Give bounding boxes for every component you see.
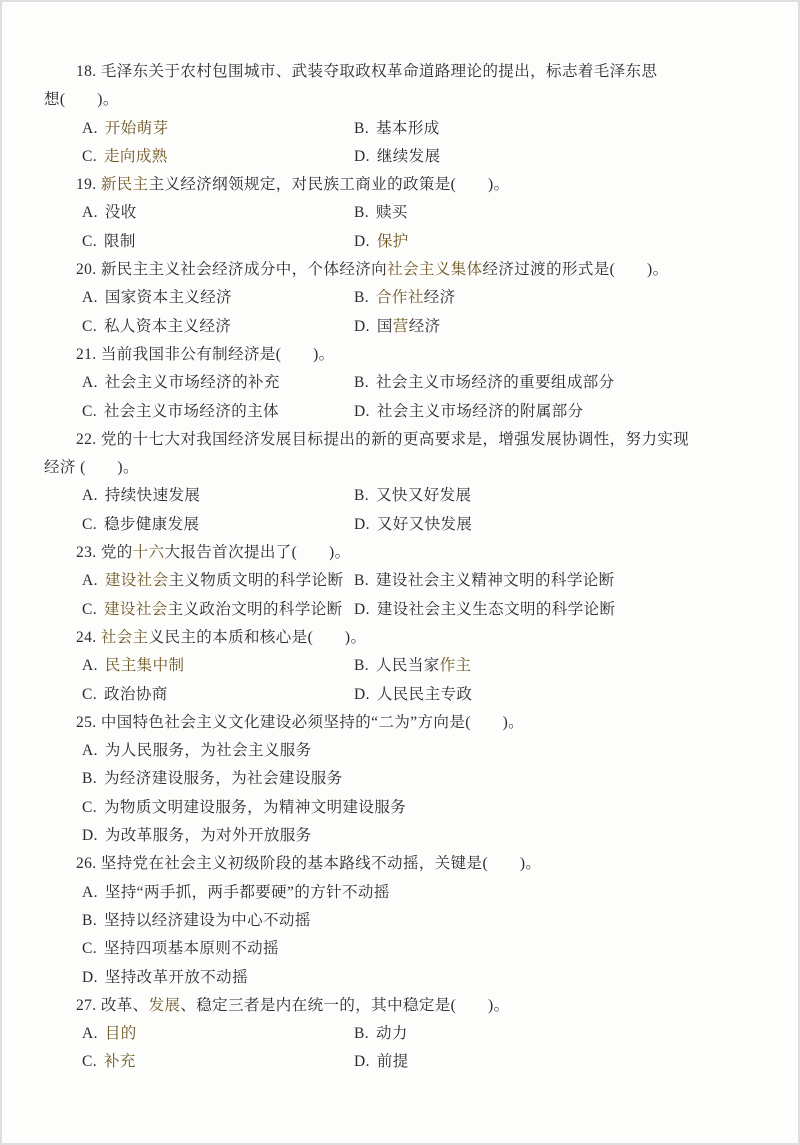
- option-text: 又快又好发展: [376, 487, 471, 504]
- options-row: C.限制D.保护: [42, 228, 770, 256]
- stem-segment: 、稳定三者是内在统一的，其中稳定是( )。: [180, 997, 509, 1014]
- question-number: 19.: [76, 176, 101, 193]
- option-text: 私人资本主义经济: [104, 318, 231, 335]
- options-row: C.为物质文明建设服务，为精神文明建设服务: [42, 794, 770, 822]
- question-number: 23.: [76, 544, 101, 561]
- question-number: 18.: [76, 63, 101, 80]
- option-26-B: B.坚持以经济建设为中心不动摇: [82, 912, 311, 929]
- option-text: 经济: [409, 318, 441, 335]
- option-text: 保护: [377, 233, 409, 250]
- question-stem-line: 24. 社会主义民主的本质和核心是( )。: [42, 624, 770, 652]
- option-22-D: D.又好又快发展: [354, 511, 472, 539]
- options-row: B.为经济建设服务，为社会建设服务: [42, 765, 770, 793]
- question-stem-line: 25. 中国特色社会主义文化建设必须坚持的“二为”方向是( )。: [42, 709, 770, 737]
- option-text: 坚持四项基本原则不动摇: [104, 940, 279, 957]
- option-text: 经济: [424, 289, 456, 306]
- option-text: 开始萌芽: [105, 120, 169, 137]
- option-label: C.: [82, 403, 97, 420]
- option-27-B: B.动力: [354, 1020, 408, 1048]
- question-stem-line: 想( )。: [42, 86, 770, 114]
- question-27: 27. 改革、发展、稳定三者是内在统一的，其中稳定是( )。A.目的B.动力C.…: [42, 992, 770, 1077]
- option-label: C.: [82, 233, 97, 250]
- option-text: 国: [377, 318, 393, 335]
- stem-segment: 新民主: [101, 176, 149, 193]
- option-23-D: D.建设社会主义生态文明的科学论断: [354, 596, 615, 624]
- option-23-C: C.建设社会主义政治文明的科学论断: [42, 596, 354, 624]
- options-row: A.社会主义市场经济的补充B.社会主义市场经济的重要组成部分: [42, 369, 770, 397]
- question-25: 25. 中国特色社会主义文化建设必须坚持的“二为”方向是( )。A.为人民服务，…: [42, 709, 770, 850]
- option-19-B: B.赎买: [354, 199, 408, 227]
- option-24-B: B.人民当家作主: [354, 652, 471, 680]
- option-text: 社会主义市场经济的重要组成部分: [376, 374, 615, 391]
- option-label: D.: [354, 686, 370, 703]
- question-number: 21.: [76, 346, 101, 363]
- options-row: C.稳步健康发展D.又好又快发展: [42, 511, 770, 539]
- option-text: 建设社会主义精神文明的科学论断: [376, 572, 615, 589]
- option-text: 补充: [104, 1053, 136, 1070]
- option-text: 目的: [105, 1025, 137, 1042]
- option-label: C.: [82, 1053, 97, 1070]
- question-23: 23. 党的十六大报告首次提出了( )。A.建设社会主义物质文明的科学论断B.建…: [42, 539, 770, 624]
- option-27-C: C.补充: [42, 1048, 354, 1076]
- option-label: C.: [82, 601, 97, 618]
- option-text: 持续快速发展: [105, 487, 200, 504]
- options-row: A.开始萌芽B.基本形成: [42, 115, 770, 143]
- option-text: 合作社: [376, 289, 424, 306]
- option-27-D: D.前提: [354, 1048, 409, 1076]
- option-label: D.: [354, 148, 370, 165]
- option-text: 作主: [440, 657, 472, 674]
- stem-segment: 毛泽东关于农村包围城市、武装夺取政权革命道路理论的提出，标志着毛泽东思: [101, 63, 658, 80]
- question-20: 20. 新民主主义社会经济成分中，个体经济向社会主义集体经济过渡的形式是( )。…: [42, 256, 770, 341]
- option-text: 建设社会主义生态文明的科学论断: [377, 601, 616, 618]
- option-25-B: B.为经济建设服务，为社会建设服务: [82, 770, 343, 787]
- option-text: 政治协商: [104, 686, 168, 703]
- question-22: 22. 党的十七大对我国经济发展目标提出的新的更高要求是，增强发展协调性，努力实…: [42, 426, 770, 539]
- option-21-C: C.社会主义市场经济的主体: [42, 398, 354, 426]
- options-row: A.国家资本主义经济B.合作社经济: [42, 284, 770, 312]
- option-21-D: D.社会主义市场经济的附属部分: [354, 398, 584, 426]
- option-label: D.: [354, 516, 370, 533]
- options-row: A.没收B.赎买: [42, 199, 770, 227]
- stem-segment: 坚持党在社会主义初级阶段的基本路线不动摇，关键是( )。: [101, 855, 541, 872]
- question-number: 24.: [76, 629, 101, 646]
- option-label: B.: [354, 204, 369, 221]
- option-label: D.: [354, 318, 370, 335]
- option-label: B.: [354, 487, 369, 504]
- question-stem-line: 20. 新民主主义社会经济成分中，个体经济向社会主义集体经济过渡的形式是( )。: [42, 256, 770, 284]
- options-row: A.持续快速发展B.又快又好发展: [42, 482, 770, 510]
- stem-segment: 社会主: [101, 629, 149, 646]
- options-row: C.私人资本主义经济D.国营经济: [42, 313, 770, 341]
- option-26-C: C.坚持四项基本原则不动摇: [82, 940, 279, 957]
- option-label: A.: [82, 487, 98, 504]
- option-label: D.: [82, 827, 98, 844]
- question-stem-line: 经济 ( )。: [42, 454, 770, 482]
- option-label: B.: [354, 289, 369, 306]
- option-text: 基本形成: [376, 120, 440, 137]
- options-row: C.社会主义市场经济的主体D.社会主义市场经济的附属部分: [42, 398, 770, 426]
- option-22-A: A.持续快速发展: [42, 482, 354, 510]
- option-text: 又好又快发展: [377, 516, 472, 533]
- options-row: A.民主集中制B.人民当家作主: [42, 652, 770, 680]
- option-text: 社会主义市场经济的主体: [104, 403, 279, 420]
- option-label: A.: [82, 657, 98, 674]
- option-19-D: D.保护: [354, 228, 409, 256]
- question-stem-line: 21. 当前我国非公有制经济是( )。: [42, 341, 770, 369]
- options-row: B.坚持以经济建设为中心不动摇: [42, 907, 770, 935]
- option-21-A: A.社会主义市场经济的补充: [42, 369, 354, 397]
- option-25-C: C.为物质文明建设服务，为精神文明建设服务: [82, 799, 406, 816]
- stem-segment: 经济 ( )。: [44, 459, 139, 476]
- stem-segment: 新民主主义社会经济成分中，个体经济向: [101, 261, 387, 278]
- question-stem-line: 19. 新民主主义经济纲领规定，对民族工商业的政策是( )。: [42, 171, 770, 199]
- option-text: 为改革服务，为对外开放服务: [105, 827, 312, 844]
- option-label: A.: [82, 374, 98, 391]
- option-text: 没收: [105, 204, 137, 221]
- stem-segment: 中国特色社会主义文化建设必须坚持的“二为”方向是( )。: [101, 714, 524, 731]
- option-text: 主义政治文明的科学论断: [168, 601, 343, 618]
- option-25-A: A.为人民服务，为社会主义服务: [82, 742, 312, 759]
- option-24-A: A.民主集中制: [42, 652, 354, 680]
- option-label: C.: [82, 686, 97, 703]
- option-18-C: C.走向成熟: [42, 143, 354, 171]
- option-20-A: A.国家资本主义经济: [42, 284, 354, 312]
- option-text: 营: [393, 318, 409, 335]
- option-text: 民主集中制: [105, 657, 185, 674]
- option-label: B.: [354, 657, 369, 674]
- option-label: A.: [82, 204, 98, 221]
- option-label: D.: [354, 233, 370, 250]
- option-text: 动力: [376, 1025, 408, 1042]
- option-26-A: A.坚持“两手抓，两手都要硬”的方针不动摇: [82, 884, 390, 901]
- option-text: 前提: [377, 1053, 409, 1070]
- question-19: 19. 新民主主义经济纲领规定，对民族工商业的政策是( )。A.没收B.赎买C.…: [42, 171, 770, 256]
- options-row: A.目的B.动力: [42, 1020, 770, 1048]
- options-row: A.坚持“两手抓，两手都要硬”的方针不动摇: [42, 879, 770, 907]
- option-18-D: D.继续发展: [354, 143, 440, 171]
- option-text: 坚持改革开放不动摇: [105, 969, 248, 986]
- option-22-B: B.又快又好发展: [354, 482, 471, 510]
- question-list: 18. 毛泽东关于农村包围城市、武装夺取政权革命道路理论的提出，标志着毛泽东思想…: [42, 58, 770, 1077]
- question-number: 20.: [76, 261, 101, 278]
- option-label: D.: [354, 1053, 370, 1070]
- option-text: 主义物质文明的科学论断: [168, 572, 343, 589]
- option-27-A: A.目的: [42, 1020, 354, 1048]
- options-row: A.为人民服务，为社会主义服务: [42, 737, 770, 765]
- option-20-D: D.国营经济: [354, 313, 441, 341]
- options-row: A.建设社会主义物质文明的科学论断B.建设社会主义精神文明的科学论断: [42, 567, 770, 595]
- question-21: 21. 当前我国非公有制经济是( )。A.社会主义市场经济的补充B.社会主义市场…: [42, 341, 770, 426]
- option-label: B.: [354, 120, 369, 137]
- option-text: 国家资本主义经济: [105, 289, 232, 306]
- stem-segment: 义民主的本质和核心是( )。: [149, 629, 367, 646]
- option-label: B.: [82, 770, 97, 787]
- option-24-D: D.人民民主专政: [354, 681, 472, 709]
- option-20-C: C.私人资本主义经济: [42, 313, 354, 341]
- option-19-A: A.没收: [42, 199, 354, 227]
- stem-segment: 主义经济纲领规定，对民族工商业的政策是( )。: [149, 176, 510, 193]
- option-label: B.: [82, 912, 97, 929]
- question-stem-line: 22. 党的十七大对我国经济发展目标提出的新的更高要求是，增强发展协调性，努力实…: [42, 426, 770, 454]
- option-label: B.: [354, 572, 369, 589]
- option-26-D: D.坚持改革开放不动摇: [82, 969, 248, 986]
- stem-segment: 大报告首次提出了( )。: [164, 544, 350, 561]
- options-row: C.补充D.前提: [42, 1048, 770, 1076]
- option-text: 限制: [104, 233, 136, 250]
- stem-segment: 党的: [101, 544, 133, 561]
- options-row: D.坚持改革开放不动摇: [42, 964, 770, 992]
- option-label: D.: [82, 969, 98, 986]
- option-text: 人民民主专政: [377, 686, 472, 703]
- option-label: A.: [82, 742, 98, 759]
- option-text: 建设社会: [105, 572, 169, 589]
- question-26: 26. 坚持党在社会主义初级阶段的基本路线不动摇，关键是( )。A.坚持“两手抓…: [42, 850, 770, 991]
- option-label: D.: [354, 403, 370, 420]
- option-label: C.: [82, 148, 97, 165]
- option-text: 赎买: [376, 204, 408, 221]
- option-text: 稳步健康发展: [104, 516, 199, 533]
- question-stem-line: 18. 毛泽东关于农村包围城市、武装夺取政权革命道路理论的提出，标志着毛泽东思: [42, 58, 770, 86]
- option-24-C: C.政治协商: [42, 681, 354, 709]
- option-text: 坚持“两手抓，两手都要硬”的方针不动摇: [105, 884, 390, 901]
- option-20-B: B.合作社经济: [354, 284, 456, 312]
- option-text: 人民当家: [376, 657, 440, 674]
- option-label: C.: [82, 799, 97, 816]
- scanned-exam-page: 18. 毛泽东关于农村包围城市、武装夺取政权革命道路理论的提出，标志着毛泽东思想…: [0, 0, 800, 1145]
- option-label: B.: [354, 1025, 369, 1042]
- question-number: 22.: [76, 431, 101, 448]
- option-text: 为物质文明建设服务，为精神文明建设服务: [104, 799, 406, 816]
- option-22-C: C.稳步健康发展: [42, 511, 354, 539]
- option-text: 坚持以经济建设为中心不动摇: [104, 912, 311, 929]
- option-text: 为人民服务，为社会主义服务: [105, 742, 312, 759]
- stem-segment: 经济过渡的形式是( )。: [482, 261, 668, 278]
- option-18-A: A.开始萌芽: [42, 115, 354, 143]
- option-label: D.: [354, 601, 370, 618]
- option-text: 社会主义市场经济的补充: [105, 374, 280, 391]
- option-label: A.: [82, 884, 98, 901]
- option-21-B: B.社会主义市场经济的重要组成部分: [354, 369, 615, 397]
- options-row: C.政治协商D.人民民主专政: [42, 681, 770, 709]
- option-23-B: B.建设社会主义精神文明的科学论断: [354, 567, 615, 595]
- option-text: 走向成熟: [104, 148, 168, 165]
- options-row: D.为改革服务，为对外开放服务: [42, 822, 770, 850]
- option-label: B.: [354, 374, 369, 391]
- options-row: C.坚持四项基本原则不动摇: [42, 935, 770, 963]
- question-24: 24. 社会主义民主的本质和核心是( )。A.民主集中制B.人民当家作主C.政治…: [42, 624, 770, 709]
- stem-segment: 发展: [149, 997, 181, 1014]
- stem-segment: 党的十七大对我国经济发展目标提出的新的更高要求是，增强发展协调性，努力实现: [101, 431, 689, 448]
- option-label: C.: [82, 940, 97, 957]
- option-19-C: C.限制: [42, 228, 354, 256]
- option-label: A.: [82, 289, 98, 306]
- option-label: A.: [82, 1025, 98, 1042]
- option-label: A.: [82, 120, 98, 137]
- question-number: 26.: [76, 855, 101, 872]
- options-row: C.建设社会主义政治文明的科学论断D.建设社会主义生态文明的科学论断: [42, 596, 770, 624]
- question-number: 27.: [76, 997, 101, 1014]
- stem-segment: 想( )。: [44, 91, 119, 108]
- question-stem-line: 23. 党的十六大报告首次提出了( )。: [42, 539, 770, 567]
- stem-segment: 社会主义集体: [387, 261, 482, 278]
- option-25-D: D.为改革服务，为对外开放服务: [82, 827, 312, 844]
- stem-segment: 十六: [133, 544, 165, 561]
- question-number: 25.: [76, 714, 101, 731]
- question-18: 18. 毛泽东关于农村包围城市、武装夺取政权革命道路理论的提出，标志着毛泽东思想…: [42, 58, 770, 171]
- option-23-A: A.建设社会主义物质文明的科学论断: [42, 567, 354, 595]
- question-stem-line: 27. 改革、发展、稳定三者是内在统一的，其中稳定是( )。: [42, 992, 770, 1020]
- stem-segment: 当前我国非公有制经济是( )。: [101, 346, 335, 363]
- option-18-B: B.基本形成: [354, 115, 440, 143]
- option-label: A.: [82, 572, 98, 589]
- option-text: 建设社会: [104, 601, 168, 618]
- option-text: 为经济建设服务，为社会建设服务: [104, 770, 343, 787]
- options-row: C.走向成熟D.继续发展: [42, 143, 770, 171]
- option-text: 社会主义市场经济的附属部分: [377, 403, 584, 420]
- question-stem-line: 26. 坚持党在社会主义初级阶段的基本路线不动摇，关键是( )。: [42, 850, 770, 878]
- option-text: 继续发展: [377, 148, 441, 165]
- stem-segment: 改革、: [101, 997, 149, 1014]
- option-label: C.: [82, 516, 97, 533]
- option-label: C.: [82, 318, 97, 335]
